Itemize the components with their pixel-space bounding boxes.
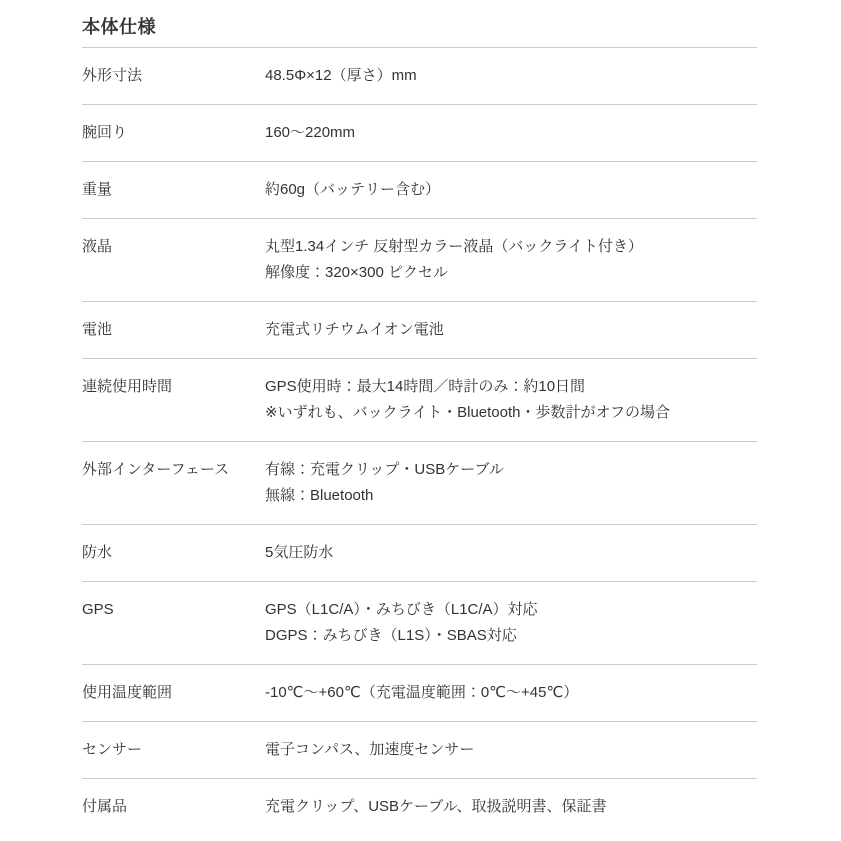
spec-label: 連続使用時間 (82, 374, 265, 400)
spec-value: GPS使用時：最大14時間／時計のみ：約10日間※いずれも、バックライト・Blu… (265, 374, 757, 426)
table-row: 液晶 丸型1.34インチ 反射型カラー液晶（バックライト付き）解像度：320×3… (82, 219, 757, 302)
page-title: 本体仕様 (82, 14, 757, 48)
spec-value-line: DGPS：みちびき（L1S）・SBAS対応 (265, 623, 757, 649)
table-row: 防水 5気圧防水 (82, 525, 757, 582)
table-row: 外形寸法 48.5Φ×12（厚さ）mm (82, 48, 757, 105)
table-row: 連続使用時間 GPS使用時：最大14時間／時計のみ：約10日間※いずれも、バック… (82, 359, 757, 442)
spec-label: センサー (82, 737, 265, 763)
spec-value-line: GPS（L1C/A）・みちびき（L1C/A）対応 (265, 597, 757, 623)
spec-table: 外形寸法 48.5Φ×12（厚さ）mm 腕回り 160～220mm 重量 約60… (82, 48, 757, 835)
table-row: 使用温度範囲 -10℃～+60℃（充電温度範囲：0℃～+45℃） (82, 665, 757, 722)
spec-label: 外部インターフェース (82, 457, 265, 483)
spec-value-line: GPS使用時：最大14時間／時計のみ：約10日間 (265, 374, 757, 400)
spec-label: GPS (82, 597, 265, 623)
table-row: センサー 電子コンパス、加速度センサー (82, 722, 757, 779)
table-row: 腕回り 160～220mm (82, 105, 757, 162)
spec-label: 外形寸法 (82, 63, 265, 89)
spec-section: 本体仕様 外形寸法 48.5Φ×12（厚さ）mm 腕回り 160～220mm 重… (82, 0, 757, 835)
spec-value-line: 48.5Φ×12（厚さ）mm (265, 63, 757, 89)
spec-value: GPS（L1C/A）・みちびき（L1C/A）対応DGPS：みちびき（L1S）・S… (265, 597, 757, 649)
spec-value: 有線：充電クリップ・USBケーブル無線：Bluetooth (265, 457, 757, 509)
spec-value: 充電クリップ、USBケーブル、取扱説明書、保証書 (265, 794, 757, 820)
spec-label: 防水 (82, 540, 265, 566)
spec-value: 丸型1.34インチ 反射型カラー液晶（バックライト付き）解像度：320×300 … (265, 234, 757, 286)
spec-label: 液晶 (82, 234, 265, 260)
spec-label: 電池 (82, 317, 265, 343)
spec-value: -10℃～+60℃（充電温度範囲：0℃～+45℃） (265, 680, 757, 706)
spec-value-line: 電子コンパス、加速度センサー (265, 737, 757, 763)
table-row: 付属品 充電クリップ、USBケーブル、取扱説明書、保証書 (82, 779, 757, 835)
table-row: 外部インターフェース 有線：充電クリップ・USBケーブル無線：Bluetooth (82, 442, 757, 525)
spec-value: 充電式リチウムイオン電池 (265, 317, 757, 343)
table-row: 電池 充電式リチウムイオン電池 (82, 302, 757, 359)
spec-label: 使用温度範囲 (82, 680, 265, 706)
table-row: 重量 約60g（バッテリー含む） (82, 162, 757, 219)
spec-value-line: ※いずれも、バックライト・Bluetooth・歩数計がオフの場合 (265, 400, 757, 426)
spec-label: 重量 (82, 177, 265, 203)
spec-value: 48.5Φ×12（厚さ）mm (265, 63, 757, 89)
spec-value: 160～220mm (265, 120, 757, 146)
spec-value-line: 約60g（バッテリー含む） (265, 177, 757, 203)
spec-value-line: 160～220mm (265, 120, 757, 146)
spec-value-line: 5気圧防水 (265, 540, 757, 566)
spec-value-line: 有線：充電クリップ・USBケーブル (265, 457, 757, 483)
spec-value-line: 丸型1.34インチ 反射型カラー液晶（バックライト付き） (265, 234, 757, 260)
spec-label: 腕回り (82, 120, 265, 146)
spec-value-line: 無線：Bluetooth (265, 483, 757, 509)
spec-value-line: 解像度：320×300 ピクセル (265, 260, 757, 286)
spec-value: 電子コンパス、加速度センサー (265, 737, 757, 763)
spec-value-line: 充電式リチウムイオン電池 (265, 317, 757, 343)
table-row: GPS GPS（L1C/A）・みちびき（L1C/A）対応DGPS：みちびき（L1… (82, 582, 757, 665)
spec-value-line: 充電クリップ、USBケーブル、取扱説明書、保証書 (265, 794, 757, 820)
spec-value: 5気圧防水 (265, 540, 757, 566)
spec-value-line: -10℃～+60℃（充電温度範囲：0℃～+45℃） (265, 680, 757, 706)
spec-label: 付属品 (82, 794, 265, 820)
spec-value: 約60g（バッテリー含む） (265, 177, 757, 203)
